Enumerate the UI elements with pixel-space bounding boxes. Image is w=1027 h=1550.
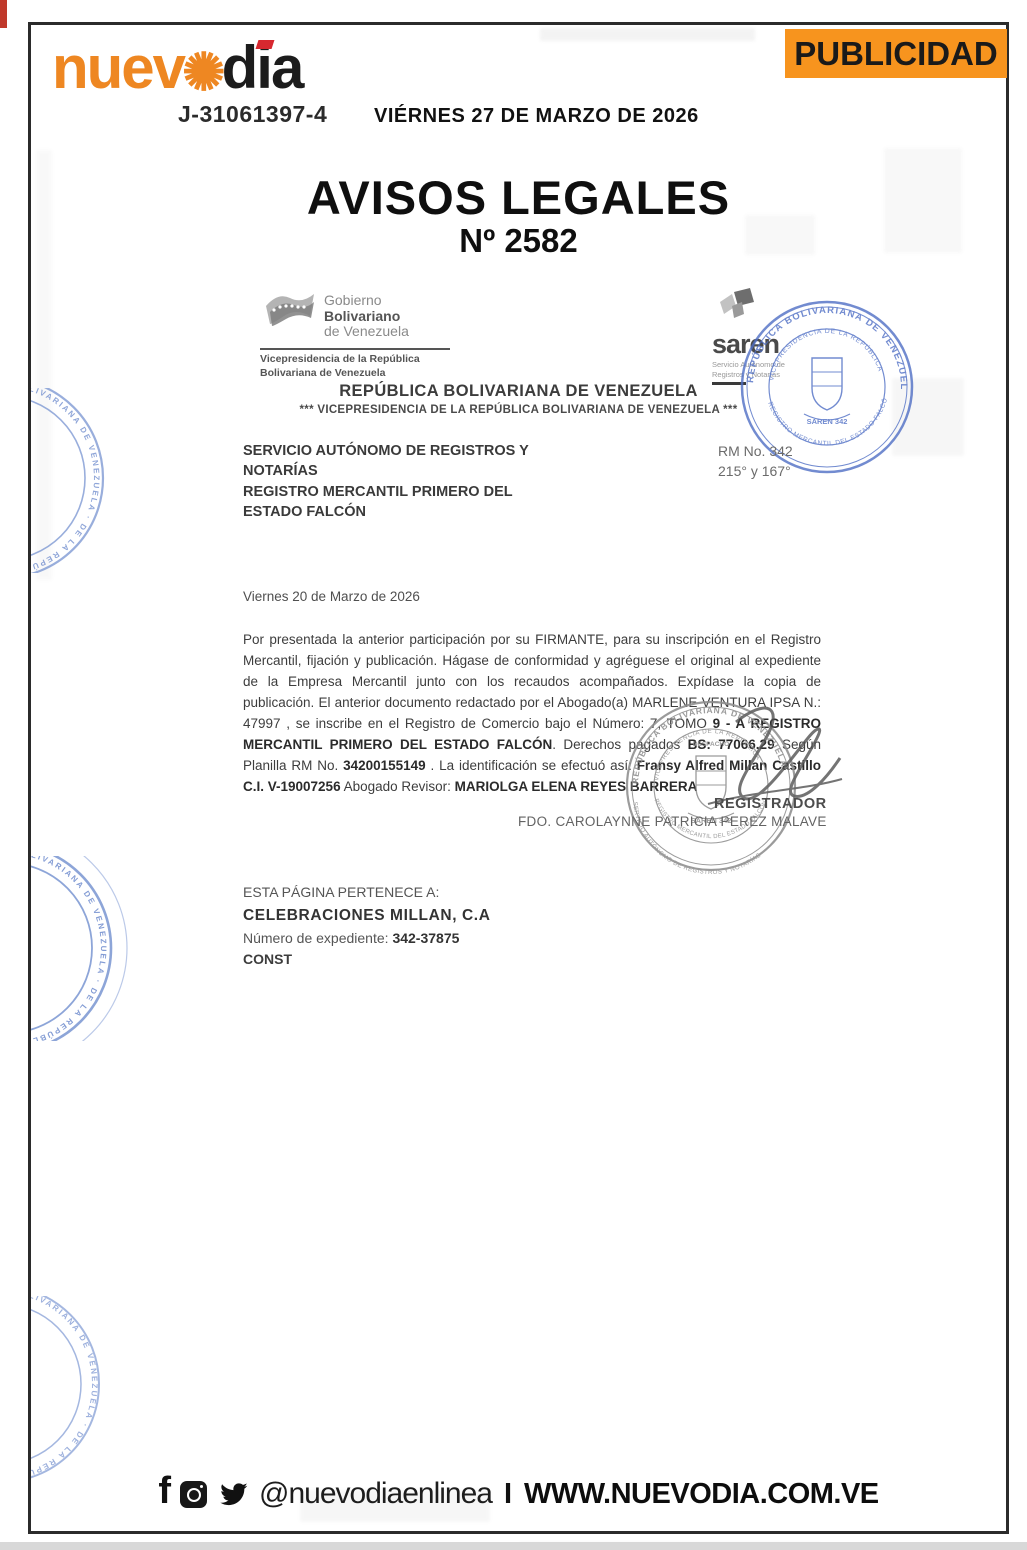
owner-label: ESTA PÁGINA PERTENECE A: bbox=[243, 882, 491, 904]
social-handle: @nuevodiaenlinea bbox=[259, 1477, 492, 1511]
rm-number: RM No. 342 bbox=[718, 441, 793, 461]
rm-articles: 215° y 167° bbox=[718, 461, 793, 481]
saren-name: saren bbox=[712, 331, 822, 358]
saren-mark-icon bbox=[712, 286, 764, 326]
corner-red-mark bbox=[0, 0, 7, 28]
website-url: WWW.NUEVODIA.COM.VE bbox=[524, 1478, 879, 1511]
gobierno-logo: Gobierno Bolivariano de Venezuela Vicepr… bbox=[260, 286, 460, 380]
gov-line1: Gobierno bbox=[324, 293, 409, 309]
heading-vicepresidencia: *** VICEPRESIDENCIA DE LA REPÚBLICA BOLI… bbox=[28, 404, 1009, 416]
company-id: J-31061397-4 bbox=[178, 101, 327, 128]
scan-edge-strip bbox=[0, 1542, 1027, 1550]
logo-text-a: a bbox=[271, 34, 302, 101]
office-line: REGISTRO MERCANTIL PRIMERO DEL bbox=[243, 482, 529, 502]
gov-divider bbox=[260, 348, 450, 350]
office-line: ESTADO FALCÓN bbox=[243, 502, 529, 522]
legal-paragraph: Por presentada la anterior participación… bbox=[243, 629, 821, 797]
facebook-icon: f bbox=[158, 1472, 171, 1510]
document-date: Viernes 20 de Marzo de 2026 bbox=[243, 589, 420, 604]
gov-line3: de Venezuela bbox=[324, 324, 409, 340]
office-line: NOTARÍAS bbox=[243, 461, 529, 481]
heading-republica: REPÚBLICA BOLIVARIANA DE VENEZUELA bbox=[28, 382, 1009, 401]
expediente-number: 342-37875 bbox=[392, 930, 459, 946]
fdo-line: FDO. CAROLAYNNE PATRICIA PEREZ MALAVE bbox=[518, 814, 827, 829]
saren-sub2: Registros y Notarías bbox=[712, 370, 822, 380]
office-line: SERVICIO AUTÓNOMO DE REGISTROS Y bbox=[243, 441, 529, 461]
twitter-icon bbox=[216, 1480, 250, 1508]
page-owner-block: ESTA PÁGINA PERTENECE A: CELEBRACIONES M… bbox=[243, 882, 491, 971]
masthead-logo: nuev✺dia bbox=[52, 38, 302, 99]
expediente-line: Número de expediente: 342-37875 bbox=[243, 928, 491, 950]
edition-date: VIÉRNES 27 DE MARZO DE 2026 bbox=[374, 105, 699, 128]
footer-separator: I bbox=[504, 1478, 512, 1511]
logo-text-i: i bbox=[256, 38, 271, 98]
gov-sub1: Vicepresidencia de la República bbox=[260, 353, 460, 367]
instagram-icon bbox=[180, 1481, 207, 1508]
owner-company: CELEBRACIONES MILLAN, C.A bbox=[243, 904, 491, 928]
bleed-artifact bbox=[540, 28, 755, 41]
publicidad-badge: PUBLICIDAD bbox=[785, 29, 1007, 78]
notice-number: Nº 2582 bbox=[28, 222, 1009, 260]
const-label: CONST bbox=[243, 949, 491, 971]
flag-icon bbox=[260, 286, 318, 342]
rm-reference: RM No. 342 215° y 167° bbox=[718, 441, 793, 482]
logo-text-nuev: nuev bbox=[52, 34, 184, 101]
sun-icon: ✺ bbox=[182, 47, 224, 99]
page-footer: f @nuevodiaenlinea I WWW.NUEVODIA.COM.VE bbox=[31, 1470, 1006, 1518]
newspaper-page: nuev✺dia J-31061397-4 VIÉRNES 27 DE MARZ… bbox=[0, 0, 1027, 1550]
saren-logo: saren Servicio Autónomo de Registros y N… bbox=[712, 286, 822, 385]
logo-text-d: d bbox=[222, 34, 257, 101]
gov-line2: Bolivariano bbox=[324, 309, 409, 325]
gov-sub2: Bolivariana de Venezuela bbox=[260, 367, 460, 381]
gobierno-logo-text: Gobierno Bolivariano de Venezuela bbox=[324, 286, 409, 340]
saren-sub1: Servicio Autónomo de bbox=[712, 360, 822, 370]
office-block: SERVICIO AUTÓNOMO DE REGISTROS Y NOTARÍA… bbox=[243, 441, 529, 522]
section-title: AVISOS LEGALES bbox=[28, 170, 1009, 225]
registrador-label: REGISTRADOR bbox=[714, 796, 827, 812]
